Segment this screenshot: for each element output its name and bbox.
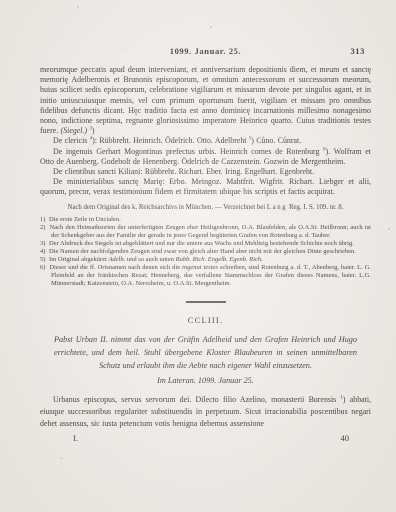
- scan-speck: [388, 228, 390, 230]
- footnote-text: Im Original abgekürzt Adelb. und so auch…: [49, 256, 263, 263]
- footnote: 3) Der Abdruck des Siegels ist abgeblätt…: [40, 240, 371, 248]
- source-note: Nach dem Original des k. Reichsarchivs i…: [40, 204, 371, 211]
- footnote: 4) Die Namen der nachfolgenden Zeugen si…: [40, 248, 371, 256]
- section-separator: [186, 301, 226, 303]
- charter-paragraph: De ingenuis Gerhart Mogontinus prefectus…: [40, 147, 371, 167]
- footnote: 2) Nach den Heimathsorten der unterferti…: [40, 224, 371, 240]
- footnotes: 1) Die erste Zeile in Uncialen.2) Nach d…: [40, 216, 371, 289]
- running-header: 1099. Januar. 25. 313: [40, 46, 371, 58]
- footer-signature-right: 40: [341, 433, 350, 443]
- charter-paragraph: De ministerialibus sanctę Marię: Erbo. M…: [40, 177, 371, 197]
- footnote: 6) Dieser und die ff. Ortsnamen nach den…: [40, 264, 371, 288]
- charter-paragraph: meorumque peccatis apud deum intervenian…: [40, 65, 371, 136]
- footnote-number: 2): [40, 224, 50, 231]
- scanned-page: 1099. Januar. 25. 313 meorumque peccatis…: [0, 0, 396, 512]
- regest: Pabst Urban II. nimmt das von der Gräfin…: [54, 334, 357, 372]
- footnote-text: Die Namen der nachfolgenden Zeugen sind …: [49, 248, 356, 255]
- footnote: 5) Im Original abgekürzt Adelb. und so a…: [40, 256, 371, 264]
- footnote-number: 1): [40, 216, 49, 223]
- footnote-number: 5): [40, 256, 49, 263]
- footnote-number: 3): [40, 240, 49, 247]
- scan-speck: [77, 6, 79, 8]
- footnote: 1) Die erste Zeile in Uncialen.: [40, 216, 371, 224]
- footnote-number: 6): [40, 264, 49, 271]
- scan-speck: [210, 26, 212, 28]
- dateline: Im Lateran. 1099. Januar 25.: [40, 376, 371, 385]
- footnote-text: Der Abdruck des Siegels ist abgeblättert…: [49, 240, 354, 247]
- footer-signature-left: I.: [73, 433, 78, 443]
- footnote-number: 4): [40, 248, 49, 255]
- scan-speck: [60, 458, 63, 459]
- page-number: 313: [350, 46, 365, 56]
- footnote-text: Dieser und die ff. Ortsnamen nach denen …: [49, 264, 371, 287]
- header-date: 1099. Januar. 25.: [40, 46, 371, 56]
- charter-paragraph: De clericis 4): Rübbreht. Heinrich. Ödel…: [40, 136, 371, 146]
- charter-paragraph: De clientibus sancti Kiliani: Rübbreht. …: [40, 167, 371, 177]
- footnote-text: Die erste Zeile in Uncialen.: [49, 216, 121, 223]
- footer-row: I. 40: [40, 430, 371, 443]
- page-content: 1099. Januar. 25. 313 meorumque peccatis…: [40, 46, 371, 443]
- latin-text: Urbanus episcopus, servus servorum dei. …: [40, 394, 371, 431]
- charter-body: meorumque peccatis apud deum intervenian…: [40, 65, 371, 198]
- footnote-text: Nach den Heimathsorten der unterfertigte…: [50, 224, 371, 239]
- charter-number-heading: CCLIII.: [40, 315, 371, 325]
